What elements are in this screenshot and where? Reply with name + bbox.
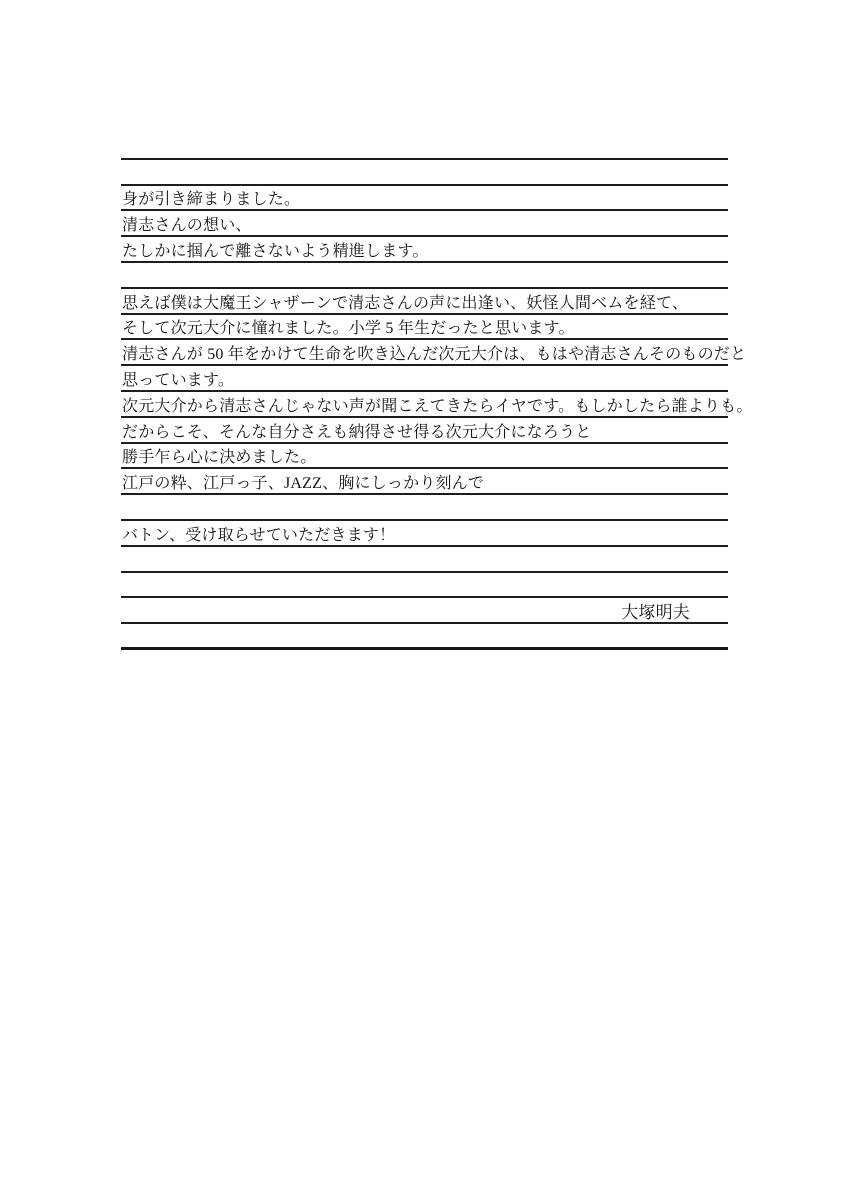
- ruled-line-15: [121, 495, 728, 521]
- letter-page: 身が引き締まりました。 清志さんの想い、 たしかに掴んで離さないよう精進します。…: [0, 0, 848, 1200]
- line-text: 勝手乍ら心に決めました。: [122, 450, 316, 466]
- ruled-line-9: 清志さんが 50 年をかけて生命を吹き込んだ次元大介は、もはや清志さんそのものだ…: [121, 340, 728, 366]
- line-text: たしかに掴んで離さないよう精進します。: [122, 244, 429, 260]
- ruled-letter-sheet: 身が引き締まりました。 清志さんの想い、 たしかに掴んで離さないよう精進します。…: [121, 134, 728, 650]
- line-text: そして次元大介に憧れました。小学 5 年生だったと思います。: [122, 321, 575, 337]
- line-text: 次元大介から清志さんじゃない声が聞こえてきたらイヤです。もしかしたら誰よりも。: [122, 399, 753, 415]
- ruled-line-20: [121, 624, 728, 650]
- line-text: だからこそ、そんな自分さえも納得させ得る次元大介になろうと: [122, 425, 591, 441]
- signature-text: 大塚明夫: [621, 604, 690, 621]
- ruled-line-14: 江戸の粋、江戸っ子、JAZZ、胸にしっかり刻んで: [121, 469, 728, 495]
- line-text: 江戸の粋、江戸っ子、JAZZ、胸にしっかり刻んで: [122, 476, 484, 492]
- ruled-line-5: たしかに掴んで離さないよう精進します。: [121, 237, 728, 263]
- ruled-line-13: 勝手乍ら心に決めました。: [121, 444, 728, 470]
- line-text: 清志さんが 50 年をかけて生命を吹き込んだ次元大介は、もはや清志さんそのものだ…: [122, 347, 746, 363]
- ruled-line-1: [121, 134, 728, 160]
- ruled-line-12: だからこそ、そんな自分さえも納得させ得る次元大介になろうと: [121, 418, 728, 444]
- ruled-line-8: そして次元大介に憧れました。小学 5 年生だったと思います。: [121, 315, 728, 341]
- ruled-line-17: [121, 547, 728, 573]
- ruled-line-7: 思えば僕は大魔王シャザーンで清志さんの声に出逢い、妖怪人間ベムを経て、: [121, 289, 728, 315]
- ruled-line-10: 思っています。: [121, 366, 728, 392]
- signature-row: 大塚明夫: [121, 598, 728, 624]
- line-text: 思っています。: [122, 373, 234, 389]
- ruled-line-2: [121, 160, 728, 186]
- ruled-line-18: [121, 573, 728, 599]
- line-text: 身が引き締まりました。: [122, 192, 300, 208]
- line-text: バトン、受け取らせていただきます！: [122, 528, 395, 544]
- ruled-line-3: 身が引き締まりました。: [121, 186, 728, 212]
- ruled-line-6: [121, 263, 728, 289]
- line-text: 思えば僕は大魔王シャザーンで清志さんの声に出逢い、妖怪人間ベムを経て、: [122, 296, 688, 312]
- ruled-line-16: バトン、受け取らせていただきます！: [121, 521, 728, 547]
- line-text: 清志さんの想い、: [122, 218, 252, 234]
- ruled-line-4: 清志さんの想い、: [121, 211, 728, 237]
- ruled-line-11: 次元大介から清志さんじゃない声が聞こえてきたらイヤです。もしかしたら誰よりも。: [121, 392, 728, 418]
